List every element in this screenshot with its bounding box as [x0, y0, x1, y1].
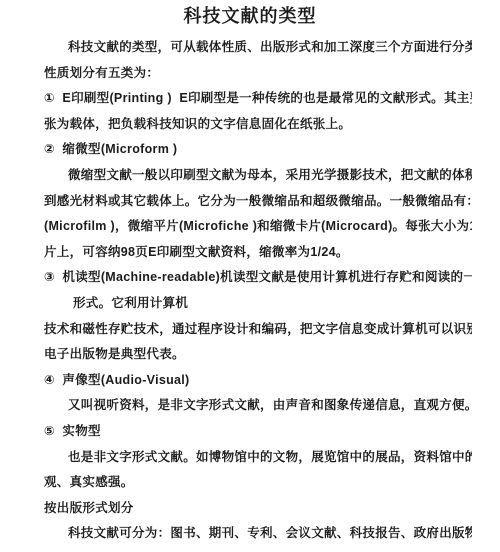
- numbered-item-line: ① E印刷型(Printing ) E印刷型是一种传统的也是最常见的文献形式。其…: [44, 86, 472, 112]
- text-line: 又叫视听资料，是非文字形式文献，由声音和图象传递信息，直观方便。: [44, 393, 472, 419]
- numbered-item-line: ② 缩微型(Microform ): [44, 137, 472, 163]
- text-line: 科技文献的类型，可从载体性质、出版形式和加工深度三个方面进行分类。按载体: [44, 35, 472, 61]
- text-line: 片上，可容纳98页E印刷型文献资料，缩微率为1/24。: [44, 240, 472, 266]
- text-line: 观、真实感强。: [44, 470, 472, 496]
- document-title: 科技文献的类型: [0, 0, 500, 28]
- text-line: 性质划分有五类为：: [44, 61, 472, 87]
- text-line: 科技文献可分为：图书、期刊、专利、会议文献、科技报告、政府出版物、学位论 文: [44, 521, 472, 547]
- numbered-item-line: ⑤ 实物型: [44, 419, 472, 445]
- document-page: 科技文献的类型 科技文献的类型，可从载体性质、出版形式和加工深度三个方面进行分类…: [0, 0, 500, 552]
- numbered-item-line: ④ 声像型(Audio-Visual): [44, 368, 472, 394]
- text-line: 电子出版物是典型代表。: [44, 342, 472, 368]
- numbered-item-line: ③ 机读型(Machine-readable)机读型文献是使用计算机进行存贮和阅…: [44, 265, 472, 291]
- text-line: 技术和磁性存贮技术，通过程序设计和编码，把文字信息变成计算机可以识别的机器语 言…: [44, 317, 472, 343]
- text-line: 到感光材料或其它载体上。它分为一般微缩品和超级微缩品。一般微缩品有：微缩胶 卷: [44, 189, 472, 215]
- section-heading-line: 按出版形式划分: [44, 496, 472, 522]
- text-line: 微缩型文献一般以印刷型文献为母本，采用光学摄影技术，把文献的体积缩小，固 化: [44, 163, 472, 189]
- document-body: 科技文献的类型，可从载体性质、出版形式和加工深度三个方面进行分类。按载体 性质划…: [0, 35, 500, 547]
- text-line: 也是非文字形式文献。如博物馆中的文物，展览馆中的展品，资料馆中的样品等。 直: [44, 445, 472, 471]
- text-line: 张为载体，把负载科技知识的文字信息固化在纸张上。: [44, 112, 472, 138]
- text-line: 形式。它利用计算机: [44, 291, 472, 317]
- text-line: (Microfilm )，微缩平片(Microfiche )和缩微卡片(Micr…: [44, 214, 472, 240]
